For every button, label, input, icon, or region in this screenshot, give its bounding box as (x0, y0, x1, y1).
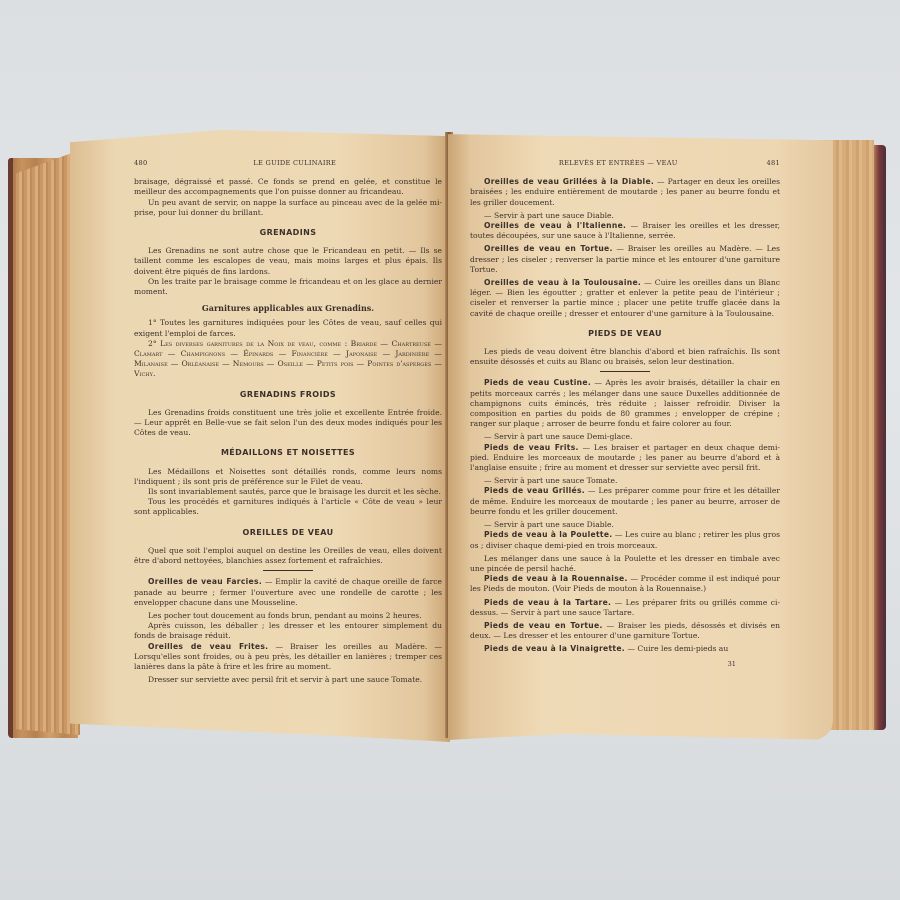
page-number-right: 481 (767, 158, 781, 168)
paragraph: — Servir à part une sauce Diable. (470, 211, 780, 221)
paragraph: 2° Les diverses garnitures de la Noix de… (134, 339, 442, 380)
recipe-entry: Pieds de veau Grillés. — Les préparer co… (470, 486, 780, 517)
paragraph: — Servir à part une sauce Diable. (470, 520, 780, 530)
paragraph: 1° Toutes les garnitures indiquées pour … (134, 318, 442, 338)
recipe-entry: Pieds de veau à la Rouennaise. — Procéde… (470, 574, 780, 594)
divider-rule (263, 570, 313, 571)
paragraph: Après cuisson, les déballer ; les dresse… (134, 621, 442, 641)
recipe-entry: Pieds de veau à la Tartare. — Les prépar… (470, 598, 780, 618)
paragraph: Les Médaillons et Noisettes sont détaill… (134, 467, 442, 487)
recipe-name: Pieds de veau Custine. (484, 378, 591, 387)
recipe-name: Oreilles de veau en Tortue. (484, 244, 613, 253)
recipe-entry: Pieds de veau en Tortue. — Braiser les p… (470, 621, 780, 641)
section-heading: PIEDS DE VEAU (470, 329, 780, 339)
paragraph: Les Grenadins froids constituent une trè… (134, 408, 442, 439)
paragraph: — Servir à part une sauce Demi-glace. (470, 432, 780, 442)
recipe-entry: Pieds de veau à la Poulette. — Les cuire… (470, 530, 780, 550)
running-head-title-left: LE GUIDE CULINAIRE (148, 158, 443, 168)
signature-mark: 31 (470, 659, 780, 669)
open-book: 480 LE GUIDE CULINAIRE braisage, dégrais… (0, 0, 900, 900)
recipe-name: Oreilles de veau Grillées à la Diable. (484, 177, 654, 186)
left-page: 480 LE GUIDE CULINAIRE braisage, dégrais… (70, 130, 450, 742)
right-page: RELEVÉS ET ENTRÉES — VEAU 481 Oreilles d… (448, 128, 833, 740)
recipe-name: Pieds de veau en Tortue. (484, 621, 603, 630)
paragraph: Les pieds de veau doivent être blanchis … (470, 347, 780, 367)
paragraph: Tous les procédés et garnitures indiqués… (134, 497, 442, 517)
recipe-entry: Oreilles de veau à l'Italienne. — Braise… (470, 221, 780, 241)
divider-rule (600, 371, 650, 372)
paragraph: — Servir à part une sauce Tomate. (470, 476, 780, 486)
section-heading: GRENADINS FROIDS (134, 390, 442, 400)
recipe-name: Pieds de veau Grillés. (484, 486, 585, 495)
recipe-entry: Pieds de veau Custine. — Après les avoir… (470, 378, 780, 429)
recipe-name: Pieds de veau à la Poulette. (484, 530, 612, 539)
recipe-name: Oreilles de veau Frites. (148, 642, 268, 651)
recipe-name: Oreilles de veau à la Toulousaine. (484, 278, 641, 287)
recipe-entry: Oreilles de veau Frites. — Braiser les o… (134, 642, 442, 673)
recipe-name: Pieds de veau à la Tartare. (484, 598, 611, 607)
recipe-entry: Oreilles de veau en Tortue. — Braiser le… (470, 244, 780, 275)
paragraph: Dresser sur serviette avec persil frit e… (134, 675, 442, 685)
paragraph: On les traite par le braisage comme le f… (134, 277, 442, 297)
section-heading: GRENADINS (134, 228, 442, 238)
recipe-entry: Oreilles de veau Grillées à la Diable. —… (470, 177, 780, 208)
recipe-entry: Oreilles de veau à la Toulousaine. — Cui… (470, 278, 780, 319)
recipe-name: Pieds de veau Frits. (484, 443, 579, 452)
section-heading: MÉDAILLONS ET NOISETTES (134, 448, 442, 458)
running-head-title-right: RELEVÉS ET ENTRÉES — VEAU (470, 158, 767, 168)
page-number-left: 480 (134, 158, 148, 168)
recipe-text: — Cuire les demi-pieds au (625, 644, 728, 653)
paragraph: Les pocher tout doucement au fonds brun,… (134, 611, 442, 621)
recipe-entry: Pieds de veau à la Vinaigrette. — Cuire … (470, 644, 780, 654)
running-head-left: 480 LE GUIDE CULINAIRE (134, 158, 442, 168)
recipe-name: Pieds de veau à la Vinaigrette. (484, 644, 625, 653)
recipe-name: Oreilles de veau Farcies. (148, 577, 262, 586)
recipe-name: Pieds de veau à la Rouennaise. (484, 574, 628, 583)
paragraph: Quel que soit l'emploi auquel on destine… (134, 546, 442, 566)
paragraph: Les Grenadins ne sont autre chose que le… (134, 246, 442, 277)
paragraph: braisage, dégraissé et passé. Ce fonds s… (134, 177, 442, 197)
paragraph: Un peu avant de servir, on nappe la surf… (134, 198, 442, 218)
subheading: Garnitures applicables aux Grenadins. (134, 303, 442, 313)
paragraph: Les mélanger dans une sauce à la Poulett… (470, 554, 780, 574)
recipe-name: Oreilles de veau à l'Italienne. (484, 221, 626, 230)
recipe-entry: Pieds de veau Frits. — Les braiser et pa… (470, 443, 780, 474)
running-head-right: RELEVÉS ET ENTRÉES — VEAU 481 (470, 158, 780, 168)
recipe-entry: Oreilles de veau Farcies. — Emplir la ca… (134, 577, 442, 608)
section-heading: OREILLES DE VEAU (134, 528, 442, 538)
paragraph: Ils sont invariablement sautés, parce qu… (134, 487, 442, 497)
